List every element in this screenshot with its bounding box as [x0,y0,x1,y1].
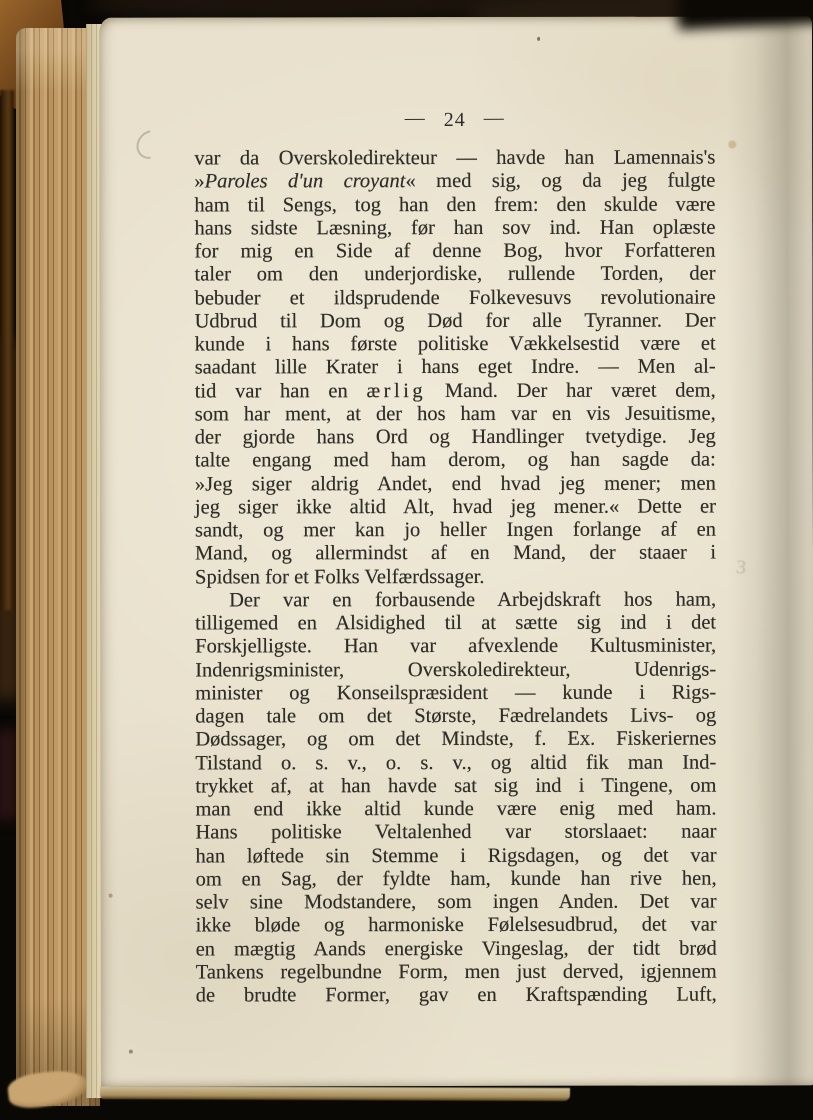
text-line: Mand, og allermindst af en Mand, der sta… [195,542,716,566]
text-line: man end ikke altid kunde være enig med h… [195,798,716,822]
text-segment: ham til Sengs, tog han den frem: den sku… [194,193,715,216]
text-segment: tilligemed en Alsidighed til at sætte si… [195,612,716,635]
text-line: selv sine Modstandere, som ingen Anden. … [196,891,717,915]
text-segment: Tilstand o. s. v., o. s. v., og altid fi… [195,751,716,774]
paper-speck [728,141,736,149]
text-segment: der gjorde hans Ord og Handlinger tvetyd… [195,426,716,449]
text-line: Forskjelligste. Han var afvexlende Kultu… [195,635,716,659]
text-line: de brudte Former, gav en Kraftspænding L… [196,984,717,1008]
text-line: talte engang med ham derom, og han sagde… [195,449,716,473]
text-line: tilligemed en Alsidighed til at sætte si… [195,612,716,636]
text-segment: Mand, og allermindst af en Mand, der sta… [195,542,716,565]
text-segment: de brudte Former, gav en Kraftspænding L… [196,984,717,1007]
text-line: for mig en Side af denne Bog, hvor Forfa… [194,240,715,264]
text-segment: var da Overskoledirekteur — havde han La… [194,147,715,170]
text-line: Der var en forbausende Arbejdskraft hos … [195,588,716,612]
text-segment: Hans politiske Veltalenhed var storslaae… [195,821,716,844]
text-segment: en mægtig Aands energiske Vingeslag, der… [196,937,717,960]
text-segment: » [194,171,204,193]
text-line: Udbrud til Dom og Død for alle Tyranner.… [195,309,716,333]
text-segment: tid var han en [195,380,367,402]
text-line: trykket af, at han havde sat sig ind i T… [195,774,716,798]
paper-ghost-mark [131,125,170,165]
text-segment: selv sine Modstandere, som ingen Anden. … [196,891,717,914]
text-line: Hans politiske Veltalenhed var storslaae… [195,821,716,845]
page-number: 24 [444,109,466,132]
text-segment: ikke bløde og harmoniske Følelsesudbrud,… [196,914,717,937]
book-cover-spine-strip [0,90,14,610]
ghost-digit-mark: 3 [735,556,747,580]
text-segment: Forskjelligste. Han var afvexlende Kultu… [195,635,716,658]
text-segment: taler om den underjordiske, rullende Tor… [194,263,715,286]
text-segment: dagen tale om det Største, Fædrelandets … [195,705,716,728]
text-line: kunde i hans første politiske Vækkelsest… [195,333,716,357]
text-segment: sandt, og mer kan jo heller Ingen forlan… [195,519,716,542]
text-line: om en Sag, der fyldte ham, kunde han riv… [196,867,717,891]
text-line: minister og Konseilspræsident — kunde i … [195,681,716,705]
text-segment: Spidsen for et Folks Velfærdssager. [195,565,484,588]
text-segment: Tankens regelbundne Form, men just derve… [196,960,717,983]
text-segment: Mand. Der har været dem, [426,379,716,402]
text-segment: hans sidste Læsning, før han sov ind. Ha… [194,216,715,239]
text-line: dagen tale om det Største, Fædrelandets … [195,705,716,729]
text-segment: bebuder et ildsprudende Folkevesuvs revo… [195,286,716,309]
emphasized-word: ærlig [366,380,426,402]
text-line: var da Overskoledirekteur — havde han La… [194,147,715,171]
text-line: »Jeg siger aldrig Andet, end hvad jeg me… [195,472,716,496]
text-line: bebuder et ildsprudende Folkevesuvs revo… [195,286,716,310]
text-segment: »Jeg siger aldrig Andet, end hvad jeg me… [195,472,716,495]
text-segment: han løftede sin Stemme i Rigsdagen, og d… [196,844,717,867]
text-segment: Indenrigsminister, Overskoledirekteur, U… [195,658,716,681]
text-segment: om en Sag, der fyldte ham, kunde han riv… [196,867,717,890]
text-segment: talte engang med ham derom, og han sagde… [195,449,716,472]
book-photo: 3 — 24 — var da Overskoledirekteur — hav… [0,0,813,1120]
text-line: der gjorde hans Ord og Handlinger tvetyd… [195,426,716,450]
text-line: tid var han en ærlig Mand. Der har været… [195,379,716,403]
text-line: sandt, og mer kan jo heller Ingen forlan… [195,519,716,543]
italic-phrase: Paroles d'un croyant [205,170,406,192]
paper-speck [109,894,113,898]
text-segment: Der var en forbausende Arbejdskraft hos … [229,588,716,611]
text-line: taler om den underjordiske, rullende Tor… [194,263,715,287]
text-segment: « med sig, og da jeg fulgte [405,170,715,193]
text-line: Tilstand o. s. v., o. s. v., og altid fi… [195,751,716,775]
body-text: var da Overskoledirekteur — havde han La… [194,147,717,1008]
text-line: hans sidste Læsning, før han sov ind. Ha… [194,216,715,240]
text-segment: Dødssager, og om det Mindste, f. Ex. Fis… [195,728,716,751]
book-page: 3 — 24 — var da Overskoledirekteur — hav… [99,16,813,1086]
text-line: saadant lille Krater i hans eget Indre. … [195,356,716,380]
header-dash-right: — [484,107,505,130]
text-segment: jeg siger ikke altid Alt, hvad jeg mener… [195,495,716,518]
text-line: ham til Sengs, tog han den frem: den sku… [194,193,715,217]
text-line: Tankens regelbundne Form, men just derve… [196,960,717,984]
text-segment: kunde i hans første politiske Vækkelsest… [195,333,716,356]
paper-speck [537,37,540,41]
text-segment: minister og Konseilspræsident — kunde i … [195,681,716,704]
text-line: som har ment, at der hos ham var en vis … [195,402,716,426]
text-line: Indenrigsminister, Overskoledirekteur, U… [195,658,716,682]
text-segment: trykket af, at han havde sat sig ind i T… [195,774,716,797]
text-line: »Paroles d'un croyant« med sig, og da je… [194,170,715,194]
text-line: en mægtig Aands energiske Vingeslag, der… [196,937,717,961]
header-dash-left: — [405,107,426,130]
bottom-page-edges [100,1086,570,1101]
text-line: Dødssager, og om det Mindste, f. Ex. Fis… [195,728,716,752]
text-line: jeg siger ikke altid Alt, hvad jeg mener… [195,495,716,519]
text-segment: saadant lille Krater i hans eget Indre. … [195,356,716,379]
text-line: han løftede sin Stemme i Rigsdagen, og d… [196,844,717,868]
text-segment: for mig en Side af denne Bog, hvor Forfa… [194,240,715,263]
page-header: — 24 — [194,109,715,133]
text-line: ikke bløde og harmoniske Følelsesudbrud,… [196,914,717,938]
text-segment: som har ment, at der hos ham var en vis … [195,402,716,425]
text-segment: man end ikke altid kunde være enig med h… [195,798,716,821]
text-segment: Udbrud til Dom og Død for alle Tyranner.… [195,309,716,332]
text-line: Spidsen for et Folks Velfærdssager. [195,565,716,589]
paper-speck [129,1050,133,1054]
